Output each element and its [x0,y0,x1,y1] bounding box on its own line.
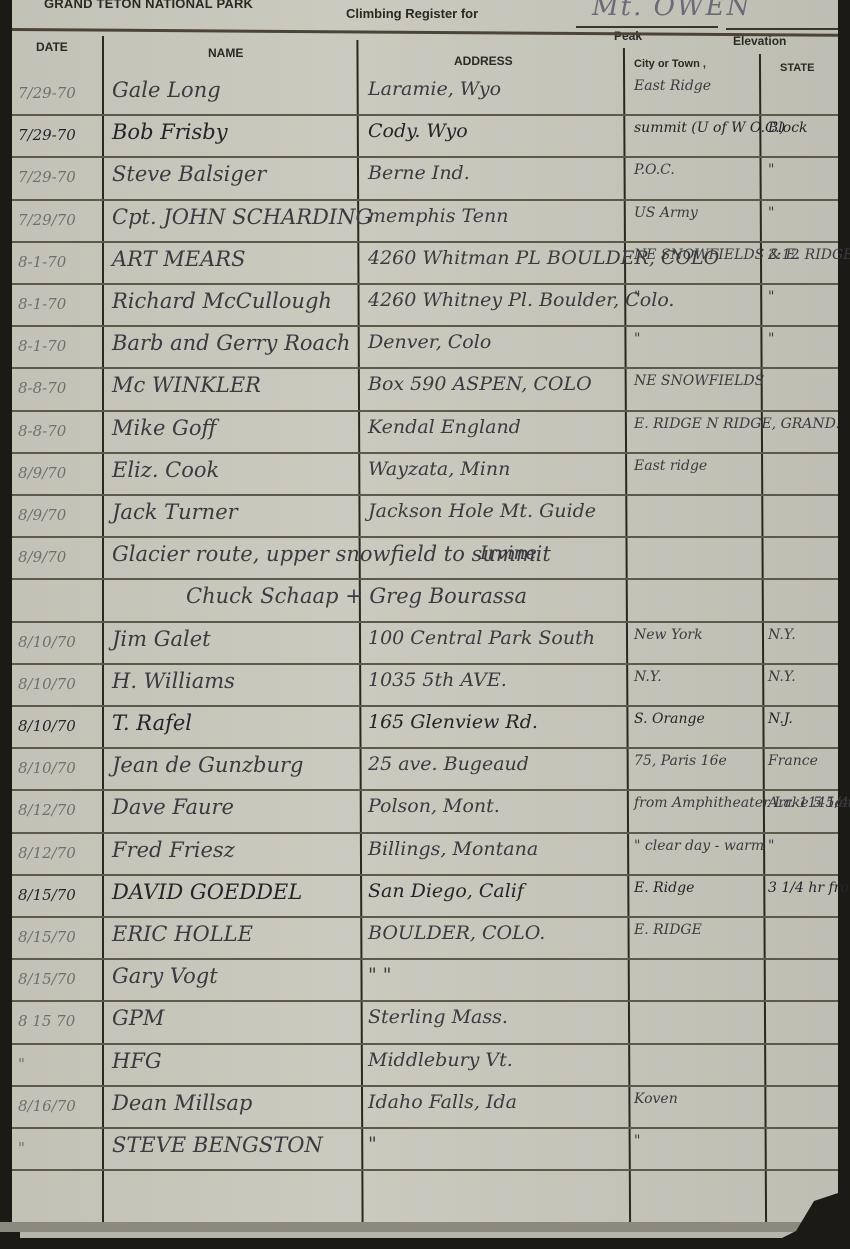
row-rule [12,367,838,369]
entry-city: East ridge [634,458,707,474]
entry-city: E. RIDGE N RIDGE, GRAND. [634,416,840,432]
row-rule [12,156,838,158]
entry-name: Eliz. Cook [112,458,219,482]
row-rule [12,410,838,412]
entry-city: E. Ridge [634,880,694,896]
entry-address: Wayzata, Minn [368,458,510,480]
col-header-address: ADDRESS [454,54,513,68]
col-header-name: NAME [208,46,243,60]
entry-state: Block [768,120,808,136]
row-rule [12,1127,838,1129]
entry-name: Bob Frisby [112,120,228,144]
row-rule [12,241,838,243]
row-rule [12,452,838,454]
entry-city: " [634,289,640,305]
peak-name: Mt. OWEN [592,0,751,22]
entry-city: P.O.C. [634,162,675,178]
entry-state: N.Y. [768,627,796,643]
entry-name: Jim Galet [112,627,211,651]
entry-date: 8/9/70 [18,506,66,524]
peak-label: Peak [614,29,642,43]
entry-name: STEVE BENGSTON [112,1133,323,1157]
row-rule [12,1000,838,1002]
entry-address: Kendal England [368,416,521,438]
entry-name: T. Rafel [112,711,192,735]
entry-date: 8 15 70 [18,1012,75,1030]
entry-city: summit (U of W O.C.) [634,120,785,136]
entry-state: " [768,289,774,305]
row-rule [12,199,838,201]
entry-city: New York [634,627,703,643]
col-header-city: City or Town , [634,58,706,70]
entry-name: GPM [112,1006,164,1030]
row-rule [12,832,838,834]
row-rule [12,705,838,707]
entry-address: Middlebury Vt. [368,1049,513,1071]
entry-address: 4260 Whitney Pl. Boulder, Colo. [368,289,674,311]
entry-name: H. Williams [112,669,235,693]
entry-name: Cpt. JOHN SCHARDING [112,205,372,229]
entry-address: Idaho Falls, Ida [368,1091,517,1113]
entry-date: 7/29/70 [18,211,76,229]
entry-date: 7/29-70 [18,168,76,186]
col-header-state: STATE [780,62,814,74]
entry-name: DAVID GOEDDEL [112,880,302,904]
row-rule [12,536,838,538]
entry-state: N.Y. [768,669,796,685]
entry-date: 8/9/70 [18,464,66,482]
row-rule [12,621,838,623]
entry-name: Dean Millsap [112,1091,252,1115]
entry-date: " [18,1139,25,1157]
entry-name: Jack Turner [112,500,238,524]
entry-date: 8/12/70 [18,801,76,819]
entry-address: " " [368,964,392,986]
entry-city: Koven [634,1091,678,1107]
entry-state: 3 1/4 hr from Amphitheater [768,880,850,896]
entry-date: 8-8-70 [18,422,66,440]
entry-date: 8/10/70 [18,717,76,735]
entry-city: US Army [634,205,698,221]
entry-date: 8/15/70 [18,928,76,946]
entry-address: 100 Central Park South [368,627,595,649]
row-rule [12,1085,838,1087]
entry-date: 8/12/70 [18,844,76,862]
entry-address: Denver, Colo [368,331,491,353]
row-rule [12,916,838,918]
entry-name: Mike Goff [112,416,216,440]
entry-address: Sterling Mass. [368,1006,508,1028]
entry-date: 8/9/70 [18,548,66,566]
entry-date: 7/29-70 [18,84,76,102]
entry-date: 8/16/70 [18,1097,76,1115]
entry-address: Jackson Hole Mt. Guide [368,500,596,522]
park-title: GRAND TETON NATIONAL PARK [44,0,253,11]
entry-name: Barb and Gerry Roach [112,331,350,355]
elevation-underline [726,28,838,30]
entry-name: ART MEARS [112,247,246,271]
row-rule [12,958,838,960]
entry-address: Box 590 ASPEN, COLO [368,373,592,395]
frame-ledge [0,1222,850,1232]
entry-state: " [768,205,774,221]
entry-address: 165 Glenview Rd. [368,711,538,733]
row-rule [12,663,838,665]
entry-address: Cody. Wyo [368,120,468,142]
entry-name: Gary Vogt [112,964,218,988]
row-rule [12,578,838,580]
entry-date: 8/10/70 [18,633,76,651]
register-label: Climbing Register for [346,6,478,21]
entry-date: 8/10/70 [18,675,76,693]
entry-address: 25 ave. Bugeaud [368,753,529,775]
entry-name: Fred Friesz [112,838,235,862]
entry-date: 8-1-70 [18,253,66,271]
entry-date: 8-8-70 [18,379,66,397]
row-rule [12,494,838,496]
entry-state: N.J. [768,711,793,727]
col-header-date: DATE [36,40,68,54]
entry-state: Arr. 1145am [768,795,850,811]
entry-city: E. RIDGE [634,922,702,938]
entry-city: " [634,1133,640,1149]
entry-city: S. Orange [634,711,705,727]
entry-name: Richard McCullough [112,289,332,313]
entry-address: 1035 5th AVE. [368,669,507,691]
row-rule [12,1043,838,1045]
entry-date: 8/15/70 [18,886,76,904]
entry-address: Billings, Montana [368,838,538,860]
peak-underline [576,26,718,28]
row-rule [12,1169,838,1171]
entry-name: ERIC HOLLE [112,922,253,946]
row-rule [12,874,838,876]
entry-date: 8/10/70 [18,759,76,777]
entry-name: Jean de Gunzburg [112,753,303,777]
entry-address: BOULDER, COLO. [368,922,545,944]
entry-address: Irvine [480,542,537,564]
row-rule [12,283,838,285]
entry-state: " [768,838,774,854]
entry-city: NE SNOWFIELDS & E. RIDGE SUMMIT [634,247,850,263]
entry-address: Berne Ind. [368,162,470,184]
entry-city: NE SNOWFIELDS [634,373,764,389]
entry-name: Steve Balsiger [112,162,266,186]
entry-name: Chuck Schaap + Greg Bourassa [186,584,527,608]
row-rule [12,747,838,749]
entry-address: Polson, Mont. [368,795,500,817]
entry-state: France [768,753,818,769]
row-rule [12,789,838,791]
entry-date: 8-1-70 [18,295,66,313]
entry-state: " [768,162,774,178]
entry-address: Laramie, Wyo [368,78,501,100]
entry-state: " [768,331,774,347]
entry-city: N.Y. [634,669,662,685]
entry-address: " [368,1133,377,1155]
entry-date: 7/29-70 [18,126,76,144]
entry-date: " [18,1055,25,1073]
entry-name: Gale Long [112,78,221,102]
entry-city: " [634,331,640,347]
entry-name: Dave Faure [112,795,234,819]
entry-city: 75, Paris 16e [634,753,727,769]
entry-date: 8-1-70 [18,337,66,355]
row-rule [12,114,838,116]
entry-name: HFG [112,1049,162,1073]
frame-ledge-lower [20,1232,830,1238]
row-rule [12,325,838,327]
entry-state: 2:12 [768,247,799,263]
entry-address: San Diego, Calif [368,880,524,902]
entry-date: 8/15/70 [18,970,76,988]
entry-city: East Ridge [634,78,711,94]
entry-name: Mc WINKLER [112,373,261,397]
entry-city: " clear day - warm [634,838,764,854]
entry-address: memphis Tenn [368,205,508,227]
